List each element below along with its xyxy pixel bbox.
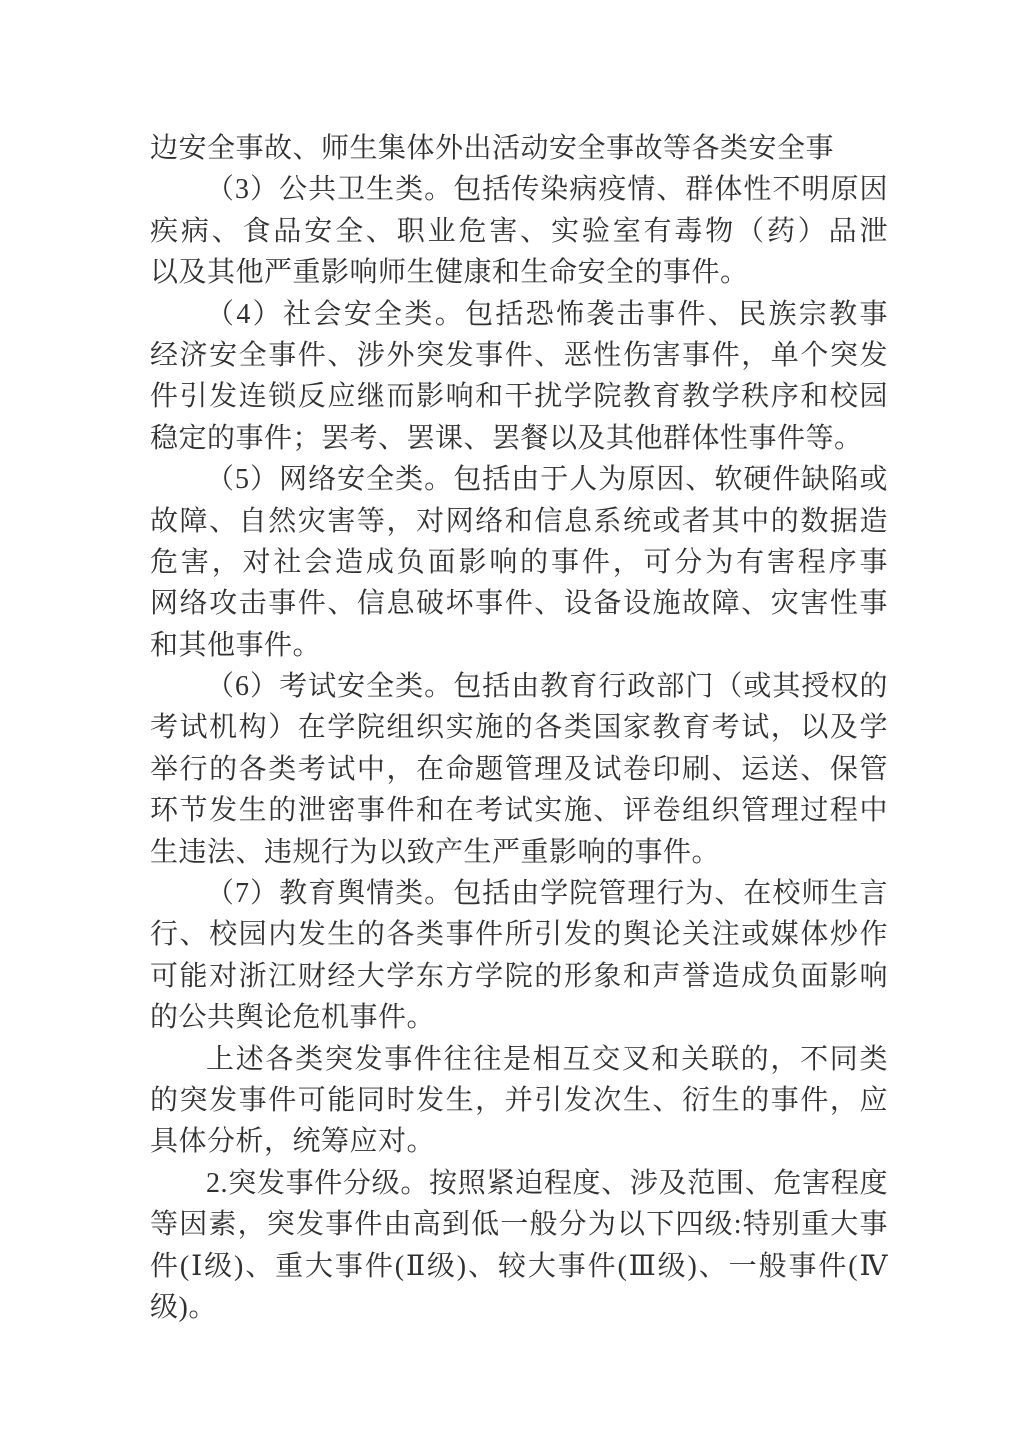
text-line: （7）教育舆情类。包括由学院管理行为、在校师生言	[150, 873, 888, 914]
text-line: （3）公共卫生类。包括传染病疫情、群体性不明原因	[150, 169, 888, 210]
text-line: 上述各类突发事件往往是相互交叉和关联的，不同类别	[150, 1039, 888, 1080]
text-line: 举行的各类考试中，在命题管理及试卷印刷、运送、保管等	[150, 749, 888, 790]
text-line: 级)。	[150, 1287, 888, 1328]
text-line: （6）考试安全类。包括由教育行政部门（或其授权的	[150, 666, 888, 707]
text-line: 的公共舆论危机事件。	[150, 997, 888, 1038]
text-line: 2.突发事件分级。按照紧迫程度、涉及范围、危害程度	[150, 1163, 888, 1204]
text-line: 故障、自然灾害等，对网络和信息系统或者其中的数据造成	[150, 501, 888, 542]
text-block: 边安全事故、师生集体外出活动安全事故等各类安全事故。（3）公共卫生类。包括传染病…	[150, 128, 888, 1328]
text-line: 可能对浙江财经大学东方学院的形象和声誉造成负面影响	[150, 956, 888, 997]
text-line: 危害，对社会造成负面影响的事件，可分为有害程序事件、	[150, 542, 888, 583]
text-line: 行、校园内发生的各类事件所引发的舆论关注或媒体炒作等	[150, 914, 888, 955]
document-page: 边安全事故、师生集体外出活动安全事故等各类安全事故。（3）公共卫生类。包括传染病…	[0, 0, 1024, 1448]
text-line: 具体分析，统筹应对。	[150, 1121, 888, 1162]
text-line: 件(Ⅰ级)、重大事件(Ⅱ级)、较大事件(Ⅲ级)、一般事件(Ⅳ	[150, 1246, 888, 1287]
text-line: 边安全事故、师生集体外出活动安全事故等各类安全事故。	[150, 128, 888, 169]
text-line: 经济安全事件、涉外突发事件、恶性伤害事件，单个突发事	[150, 335, 888, 376]
text-line: 稳定的事件；罢考、罢课、罢餐以及其他群体性事件等。	[150, 418, 888, 459]
text-line: （5）网络安全类。包括由于人为原因、软硬件缺陷或	[150, 459, 888, 500]
text-line: 件引发连锁反应继而影响和干扰学院教育教学秩序和校园	[150, 376, 888, 417]
text-line: 和其他事件。	[150, 625, 888, 666]
text-line: 环节发生的泄密事件和在考试实施、评卷组织管理过程中发	[150, 790, 888, 831]
text-line: 以及其他严重影响师生健康和生命安全的事件。	[150, 252, 888, 293]
text-line: 等因素，突发事件由高到低一般分为以下四级:特别重大事	[150, 1204, 888, 1245]
text-line: 考试机构）在学院组织实施的各类国家教育考试，以及学院	[150, 707, 888, 748]
text-line: 的突发事件可能同时发生，并引发次生、衍生的事件，应当	[150, 1080, 888, 1121]
text-line: （4）社会安全类。包括恐怖袭击事件、民族宗教事件、	[150, 294, 888, 335]
text-line: 疾病、食品安全、职业危害、实验室有毒物（药）品泄漏，	[150, 211, 888, 252]
text-line: 网络攻击事件、信息破坏事件、设备设施故障、灾害性事件	[150, 583, 888, 624]
text-line: 生违法、违规行为以致产生严重影响的事件。	[150, 832, 888, 873]
